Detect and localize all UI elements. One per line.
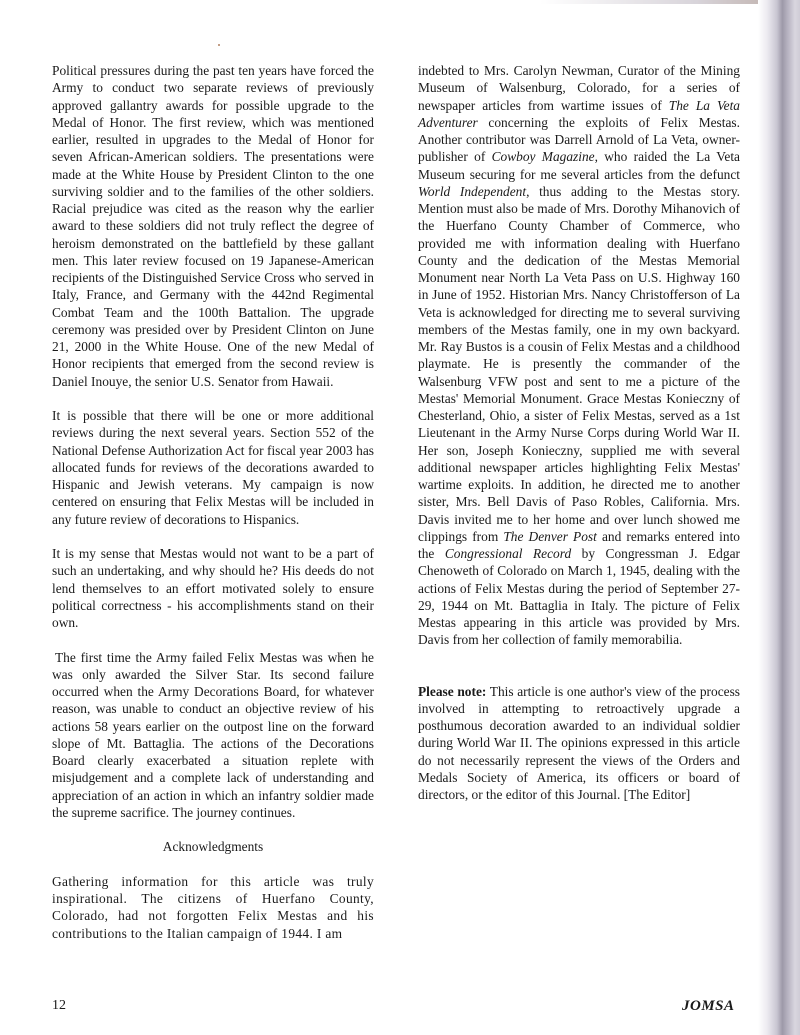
- paragraph-political-correctness: It is my sense that Mestas would not wan…: [52, 545, 374, 631]
- acknowledgments-heading: Acknowledgments: [52, 838, 374, 855]
- publication-title: World Independent: [418, 184, 526, 199]
- paragraph-future-reviews: It is possible that there will be one or…: [52, 407, 374, 528]
- publication-title: Cowboy Magazine: [492, 149, 595, 164]
- scan-speck: [218, 44, 220, 46]
- right-column: indebted to Mrs. Carolyn Newman, Curator…: [418, 62, 740, 821]
- paragraph-review-history: Political pressures during the past ten …: [52, 62, 374, 390]
- publication-title: Congressional Record: [445, 546, 571, 561]
- binding-spine-shadow: [758, 0, 800, 1035]
- editor-note-text: This article is one author's view of the…: [418, 684, 740, 803]
- editor-note-label: Please note:: [418, 684, 486, 699]
- paragraph-acknowledgments-continued: indebted to Mrs. Carolyn Newman, Curator…: [418, 62, 740, 649]
- paragraph-army-failures: The first time the Army failed Felix Mes…: [52, 649, 374, 822]
- journal-name: JOMSA: [682, 998, 735, 1015]
- page-number: 12: [52, 998, 66, 1014]
- left-column: Political pressures during the past ten …: [52, 62, 374, 959]
- publication-title: The Denver Post: [503, 529, 597, 544]
- scan-speck: [340, 652, 342, 654]
- editor-note: Please note: This article is one author'…: [418, 683, 740, 804]
- paragraph-acknowledgments-start: Gathering information for this article w…: [52, 873, 374, 942]
